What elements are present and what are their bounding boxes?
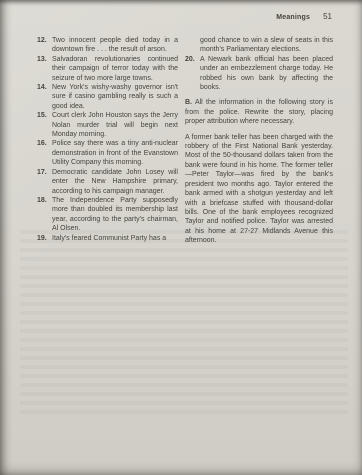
story-paragraph: A former bank teller has been charged wi… <box>185 133 333 246</box>
item-text: Italy's feared Communist Party has a <box>52 234 178 243</box>
list-item-18: 18. The Independence Party supposedly mo… <box>37 196 178 234</box>
item-text: Democratic candidate John Losey will ent… <box>52 168 178 196</box>
list-item-15: 15. Court clerk John Houston says the Je… <box>37 111 178 139</box>
list-item-16: 16. Police say there was a tiny anti-nuc… <box>37 139 178 167</box>
list-item-14: 14. New York's wishy-washy governor isn'… <box>37 83 178 111</box>
right-column: good chance to win a slew of seats in th… <box>185 36 333 246</box>
item-text: Two innocent people died today in a down… <box>52 36 178 55</box>
running-head: Meanings <box>276 14 310 21</box>
item-number: 20. <box>185 55 200 93</box>
exercise-b-label: B. <box>185 99 192 106</box>
list-item-13: 13. Salvadoran revolutionaries continued… <box>37 55 178 83</box>
item-19-continuation: good chance to win a slew of seats in th… <box>185 36 333 55</box>
item-number: 17. <box>37 168 52 196</box>
item-number: 19. <box>37 234 52 243</box>
left-column: 12. Two innocent people died today in a … <box>37 36 178 246</box>
exercise-b-paragraph: B. All the information in the following … <box>185 98 333 126</box>
item-number: 13. <box>37 55 52 83</box>
item-number: 18. <box>37 196 52 234</box>
item-text: Salvadoran revolutionaries continued the… <box>52 55 178 83</box>
text-columns: 12. Two innocent people died today in a … <box>37 36 333 246</box>
list-item-12: 12. Two innocent people died today in a … <box>37 36 178 55</box>
list-item-20: 20. A Newark bank official has been plac… <box>185 55 333 93</box>
item-text: The Independence Party supposedly more t… <box>52 196 178 234</box>
list-item-17: 17. Democratic candidate John Losey will… <box>37 168 178 196</box>
page-header: Meanings 51 <box>276 12 332 21</box>
item-text: New York's wishy-washy governor isn't su… <box>52 83 178 111</box>
page-number: 51 <box>323 12 332 21</box>
item-text: A Newark bank official has been placed u… <box>200 55 333 93</box>
item-text: Court clerk John Houston says the Jerry … <box>52 111 178 139</box>
item-number: 14. <box>37 83 52 111</box>
item-number: 15. <box>37 111 52 139</box>
item-number: 12. <box>37 36 52 55</box>
list-item-19: 19. Italy's feared Communist Party has a <box>37 234 178 243</box>
exercise-b-text: All the information in the following sto… <box>185 99 333 125</box>
scanned-book-page: Meanings 51 12. Two innocent people died… <box>0 0 362 475</box>
item-number: 16. <box>37 139 52 167</box>
item-text: Police say there was a tiny anti-nuclear… <box>52 139 178 167</box>
